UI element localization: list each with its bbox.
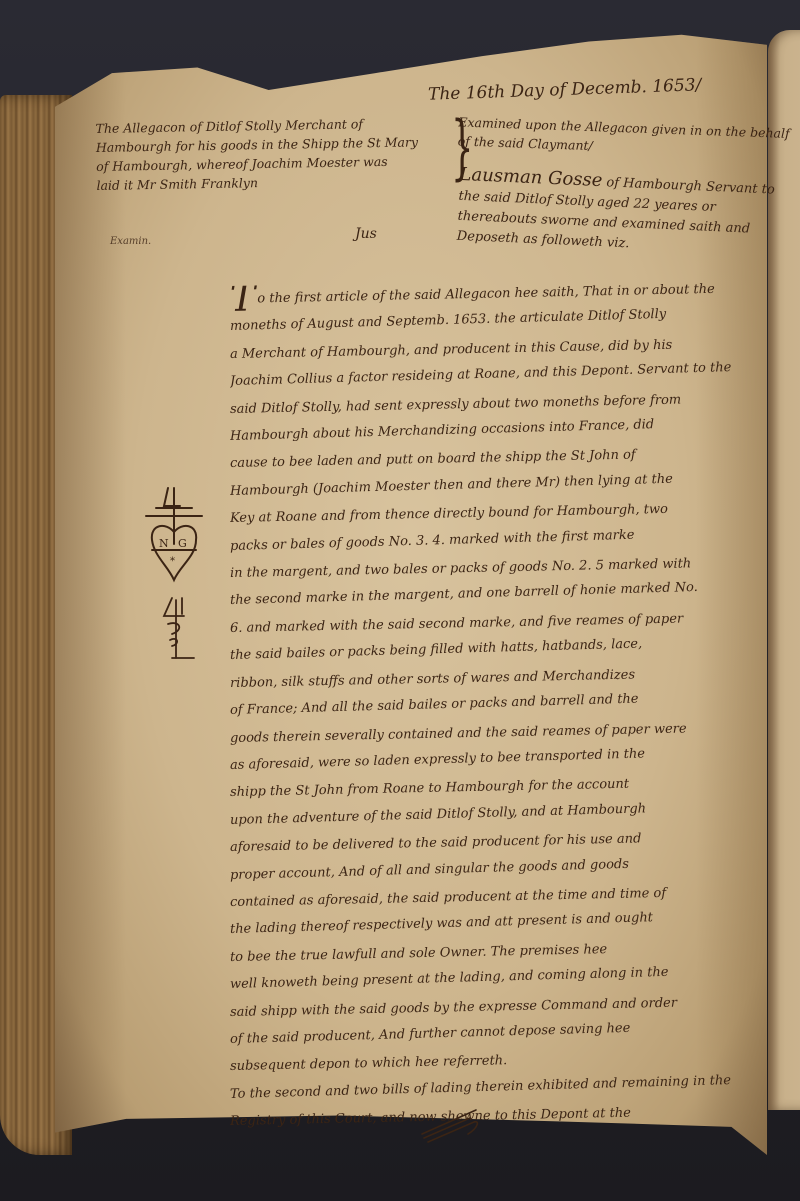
merchant-mark-letter-g: G bbox=[178, 537, 187, 550]
deponent-block: Lausman Gosse of Hambourgh Servant to th… bbox=[456, 165, 789, 261]
closing-flourish-icon bbox=[418, 1104, 488, 1144]
merchant-mark-letter-n: N bbox=[159, 537, 169, 550]
merchant-mark-icon: N G * bbox=[138, 484, 210, 594]
margin-note: Examin. bbox=[110, 236, 151, 247]
deposition-body: To the first article of the said Allegac… bbox=[230, 286, 750, 1136]
second-mark-icon bbox=[158, 594, 198, 664]
case-caption: The Allegacon of Ditlof Stolly Merchant … bbox=[95, 113, 436, 195]
merchant-mark-star: * bbox=[170, 556, 175, 567]
jus-mark: Jus bbox=[355, 226, 377, 242]
